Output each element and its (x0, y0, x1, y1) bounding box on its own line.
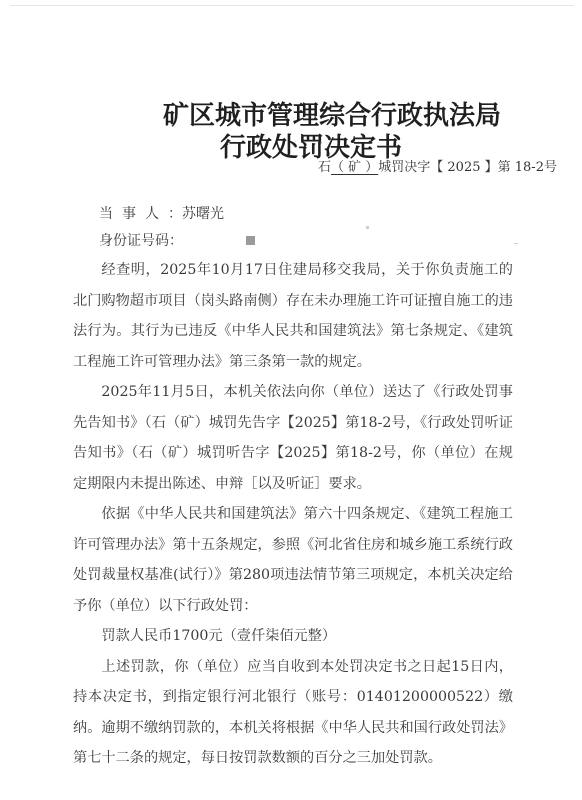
document-body: 经查明，2025年10月17日住建局移交我局，关于你负责施工的北门购物超市项目（… (73, 255, 513, 774)
party-line: 当事人：苏曙光 (99, 203, 224, 225)
paragraph-payment-instructions: 上述罚款，你（单位）应当自收到本处罚决定书之日起15日内，持本决定书，到指定银行… (73, 652, 513, 774)
party-name: 苏曙光 (182, 206, 224, 222)
scan-speck (366, 226, 369, 229)
paragraph-legal-basis: 依据《中华人民共和国建筑法》第六十四条规定、《建筑工程施工许可管理办法》第十五条… (73, 499, 513, 621)
scan-speck (514, 243, 518, 244)
doc-number-district: （ 矿 ） (331, 160, 378, 175)
id-number-label: 身份证号码： (99, 233, 183, 249)
id-number-line: 身份证号码： (99, 230, 183, 252)
doc-number-prefix: 石 (318, 160, 331, 175)
organization-title: 矿区城市管理综合行政执法局 (163, 100, 501, 132)
paragraph-penalty-amount: 罚款人民币1700元（壹仟柒佰元整） (73, 621, 513, 652)
doc-number-rest: 城罚决字【 2025 】第 18-2号 (378, 160, 557, 175)
party-label: 当事人 (99, 206, 168, 222)
scan-edge-line (10, 5, 574, 6)
document-number: 石（ 矿 ）城罚决字【 2025 】第 18-2号 (318, 158, 557, 178)
paragraph-findings: 经查明，2025年10月17日住建局移交我局，关于你负责施工的北门购物超市项目（… (73, 255, 513, 377)
redaction-mark (246, 236, 255, 245)
paragraph-notice-delivery: 2025年11月5日，本机关依法向你（单位）送达了《行政处罚事先告知书》（石（矿… (73, 377, 513, 499)
party-label-colon: ： (168, 206, 182, 222)
